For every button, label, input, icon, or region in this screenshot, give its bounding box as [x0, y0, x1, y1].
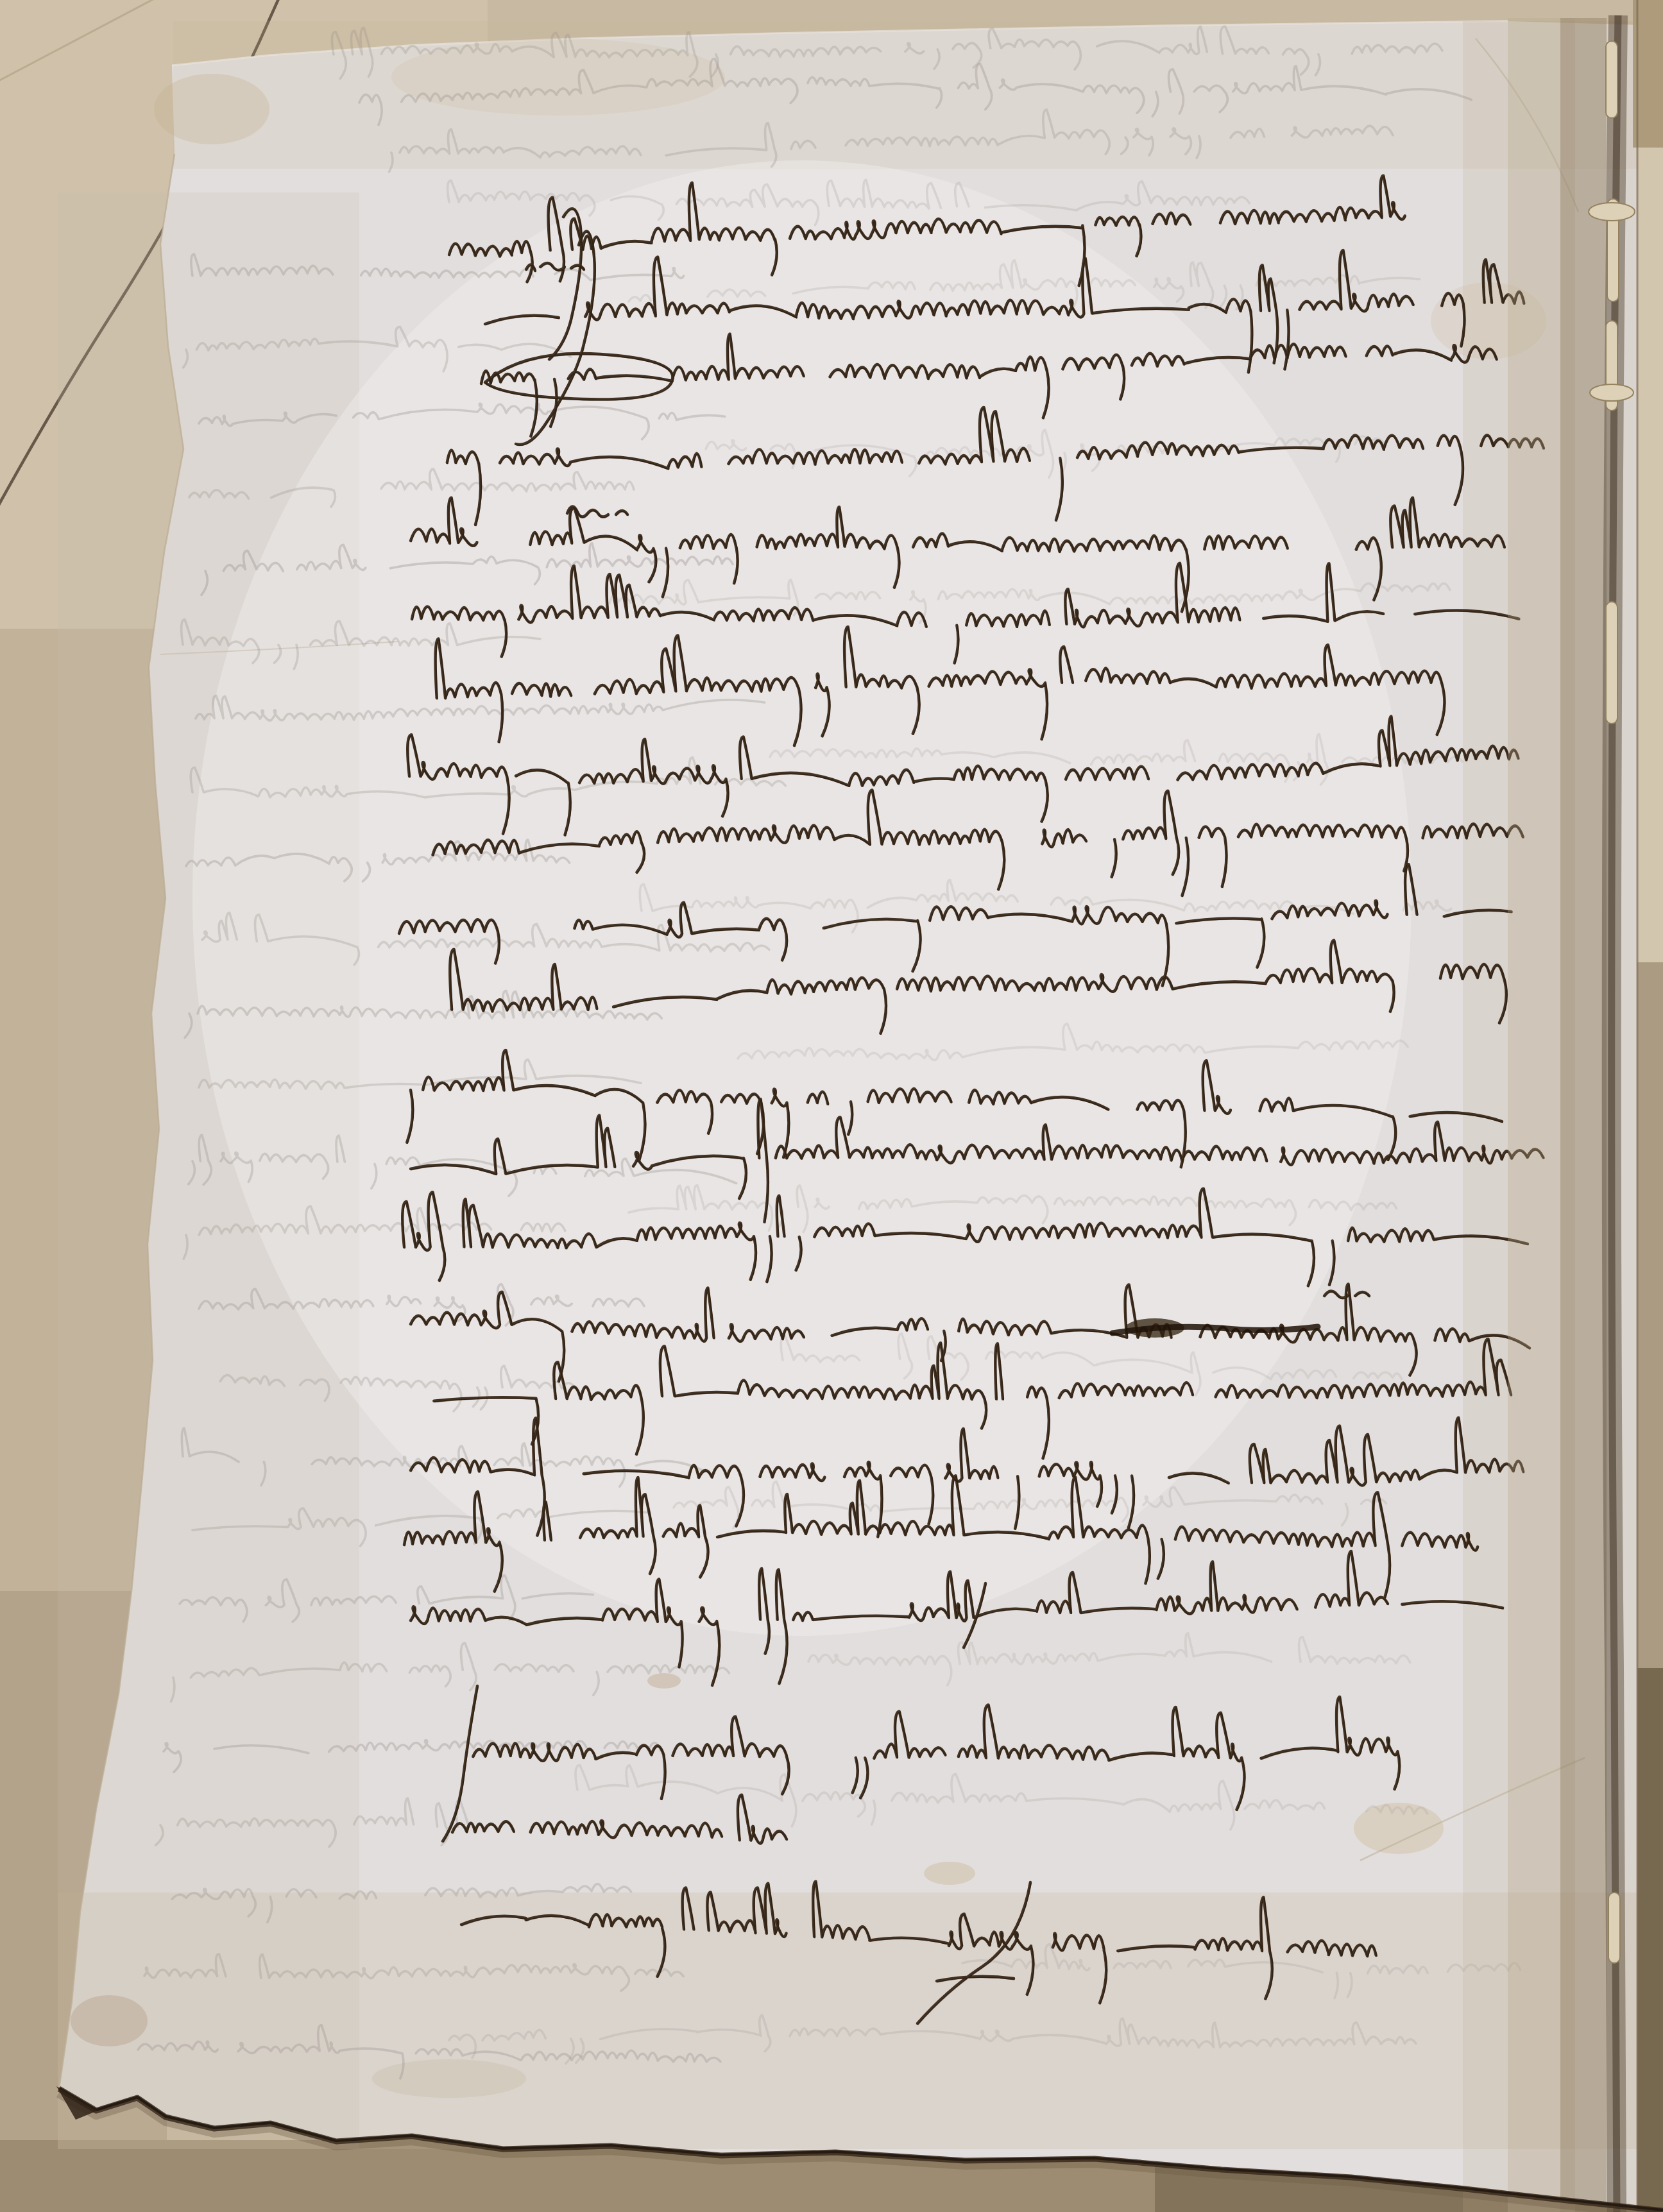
manuscript-photo	[0, 0, 1663, 2212]
binding-gutter	[1508, 0, 1663, 2212]
manuscript-photo-canvas	[0, 0, 1663, 2212]
